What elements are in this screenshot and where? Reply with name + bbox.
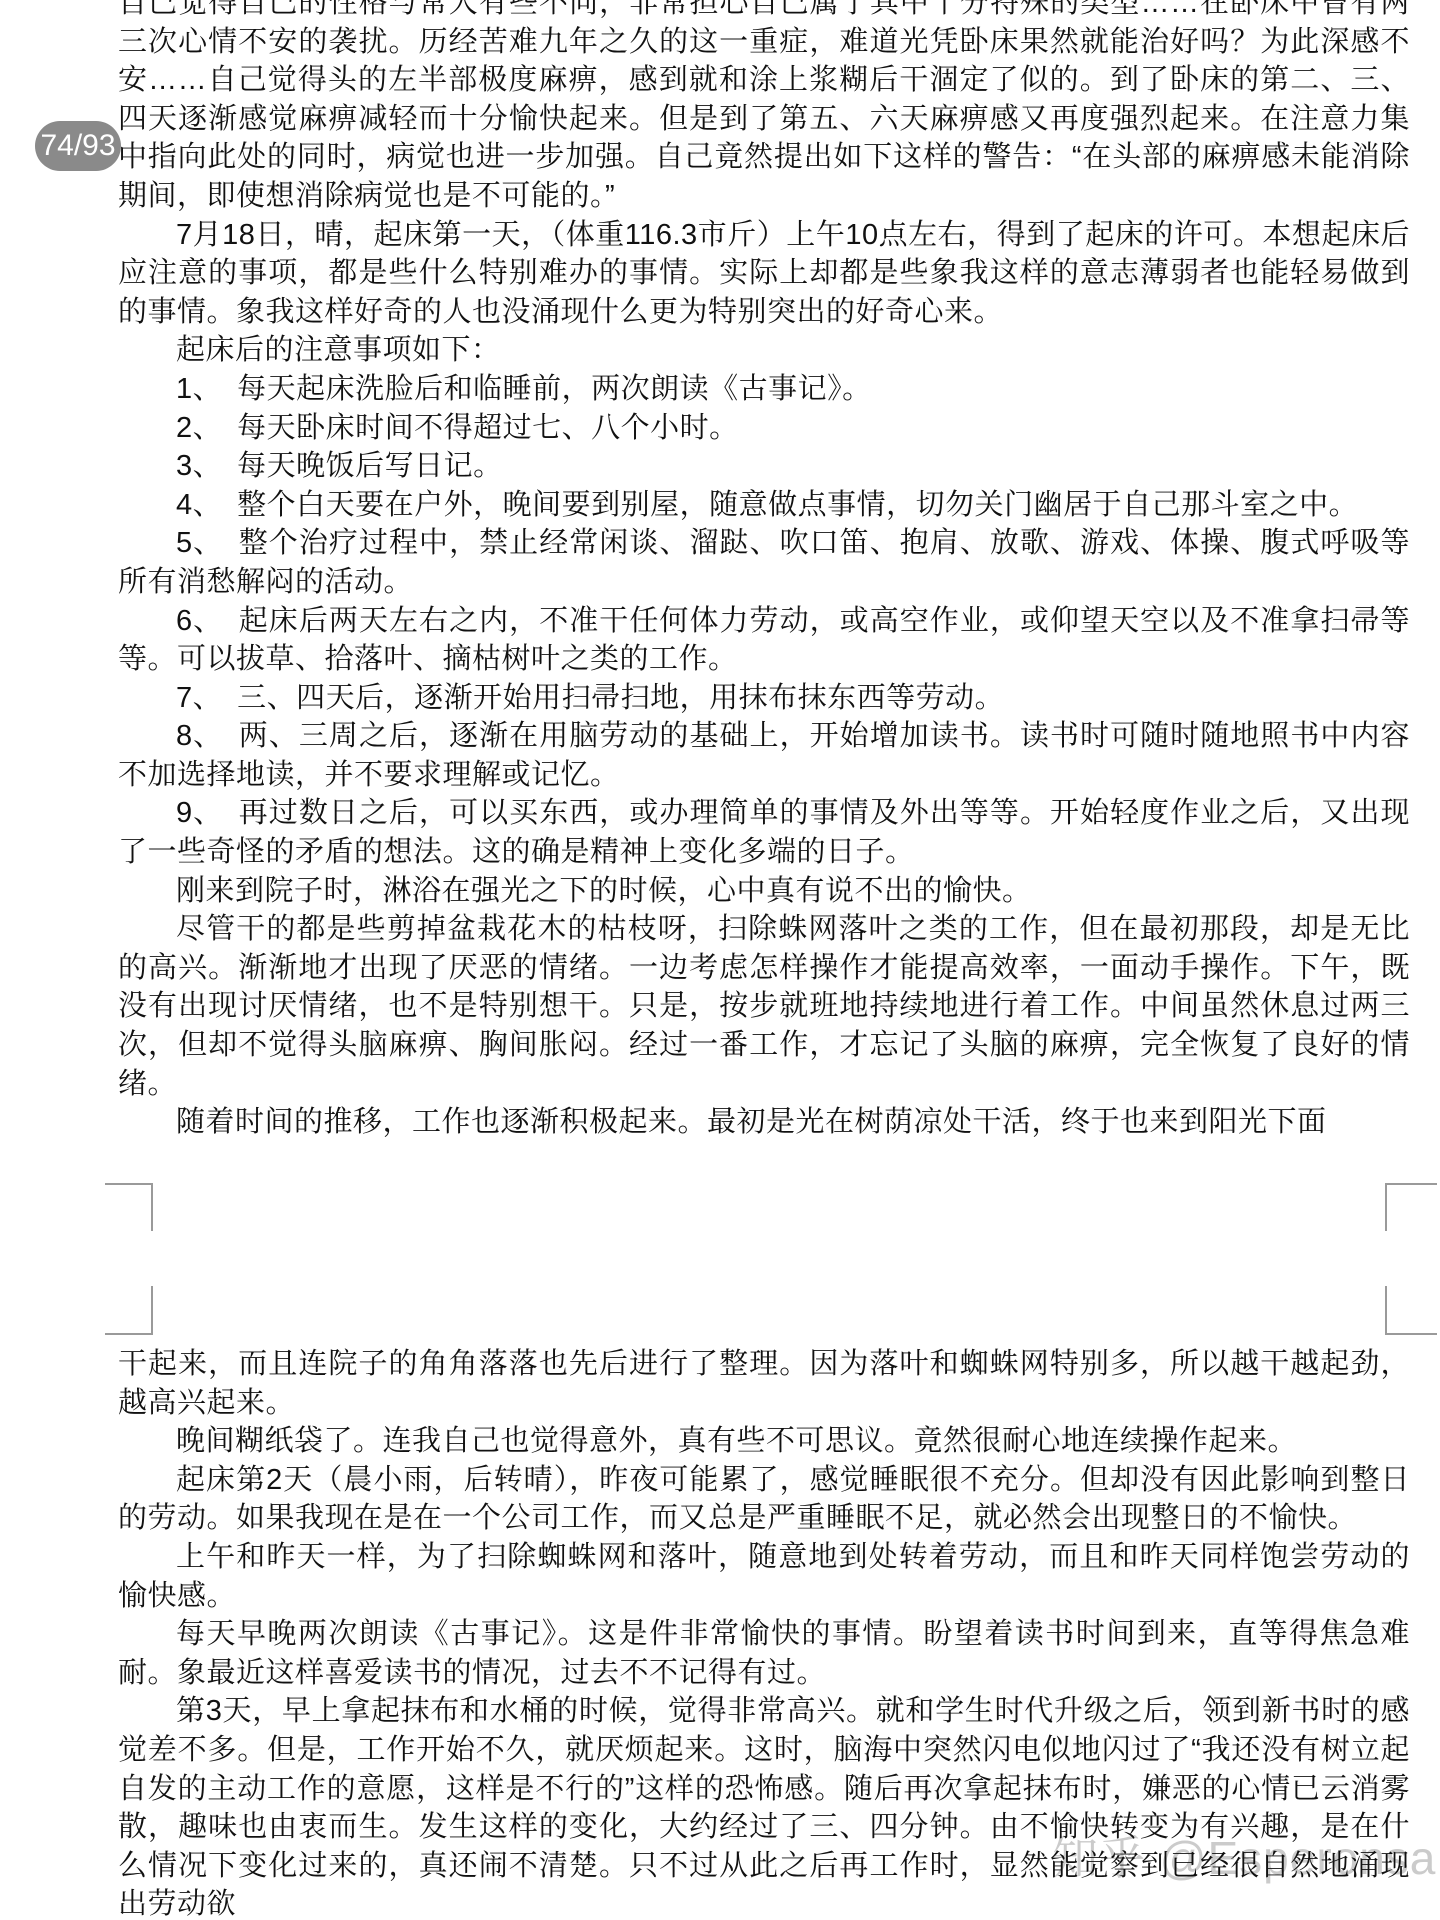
paragraph: 2、 每天卧床时间不得超过七、八个小时。 — [118, 409, 1410, 448]
paragraph: 起床第2天（晨小雨，后转晴），昨夜可能累了，感觉睡眠很不充分。但却没有因此影响到… — [118, 1461, 1410, 1538]
paragraph: 干起来，而且连院子的角角落落也先后进行了整理。因为落叶和蜘蛛网特别多，所以越干越… — [118, 1345, 1410, 1422]
paragraph: 9、 再过数日之后，可以买东西，或办理简单的事情及外出等等。开始轻度作业之后，又… — [118, 794, 1410, 871]
paragraph: 4、 整个白天要在户外，晚间要到别屋，随意做点事情，切勿关门幽居于自己那斗室之中… — [118, 486, 1410, 525]
page-corner-mark — [105, 1183, 153, 1231]
paragraph: 6、 起床后两天左右之内，不准干任何体力劳动，或高空作业，或仰望天空以及不准拿扫… — [118, 602, 1410, 679]
paragraph: 起床后的注意事项如下： — [118, 331, 1410, 370]
paragraph: 每天早晚两次朗读《古事记》。这是件非常愉快的事情。盼望着读书时间到来，直等得焦急… — [118, 1615, 1410, 1692]
paragraph: 5、 整个治疗过程中，禁止经常闲谈、溜跶、吹口笛、抱肩、放歌、游戏、体操、腹式呼… — [118, 524, 1410, 601]
paragraph: 8、 两、三周之后，逐渐在用脑劳动的基础上，开始增加读书。读书时可随时随地照书中… — [118, 717, 1410, 794]
paragraph: 第3天，早上拿起抹布和水桶的时候，觉得非常高兴。就和学生时代升级之后，领到新书时… — [118, 1692, 1410, 1920]
paragraph: 自己觉得自己的性格与常人有些不同，非常担心自己属于其中十分特殊的类型……在卧床中… — [118, 0, 1410, 216]
page-indicator[interactable]: 74/93 — [35, 121, 121, 171]
document-page-1: 自己觉得自己的性格与常人有些不同，非常担心自己属于其中十分特殊的类型……在卧床中… — [118, 0, 1410, 1142]
page-corner-mark — [105, 1286, 153, 1335]
paragraph: 尽管干的都是些剪掉盆栽花木的枯枝呀，扫除蛛网落叶之类的工作，但在最初那段，却是无… — [118, 910, 1410, 1103]
paragraph: 7月18日，晴，起床第一天，（体重116.3市斤）上午10点左右，得到了起床的许… — [118, 216, 1410, 332]
paragraph: 3、 每天晚饭后写日记。 — [118, 447, 1410, 486]
paragraph: 晚间糊纸袋了。连我自己也觉得意外，真有些不可思议。竟然很耐心地连续操作起来。 — [118, 1422, 1410, 1461]
paragraph: 随着时间的推移，工作也逐渐积极起来。最初是光在树荫凉处干活，终于也来到阳光下面 — [118, 1103, 1410, 1142]
page-corner-mark — [1385, 1183, 1437, 1231]
page-corner-mark — [1385, 1286, 1437, 1335]
paragraph: 1、 每天起床洗脸后和临睡前，两次朗读《古事记》。 — [118, 370, 1410, 409]
paragraph: 刚来到院子时，淋浴在强光之下的时候，心中真有说不出的愉快。 — [118, 872, 1410, 911]
paragraph: 上午和昨天一样，为了扫除蜘蛛网和落叶，随意地到处转着劳动，而且和昨天同样饱尝劳动… — [118, 1538, 1410, 1615]
paragraph: 7、 三、四天后，逐渐开始用扫帚扫地，用抹布抹东西等劳动。 — [118, 679, 1410, 718]
document-page-2: 干起来，而且连院子的角角落落也先后进行了整理。因为落叶和蜘蛛网特别多，所以越干越… — [118, 1345, 1410, 1920]
